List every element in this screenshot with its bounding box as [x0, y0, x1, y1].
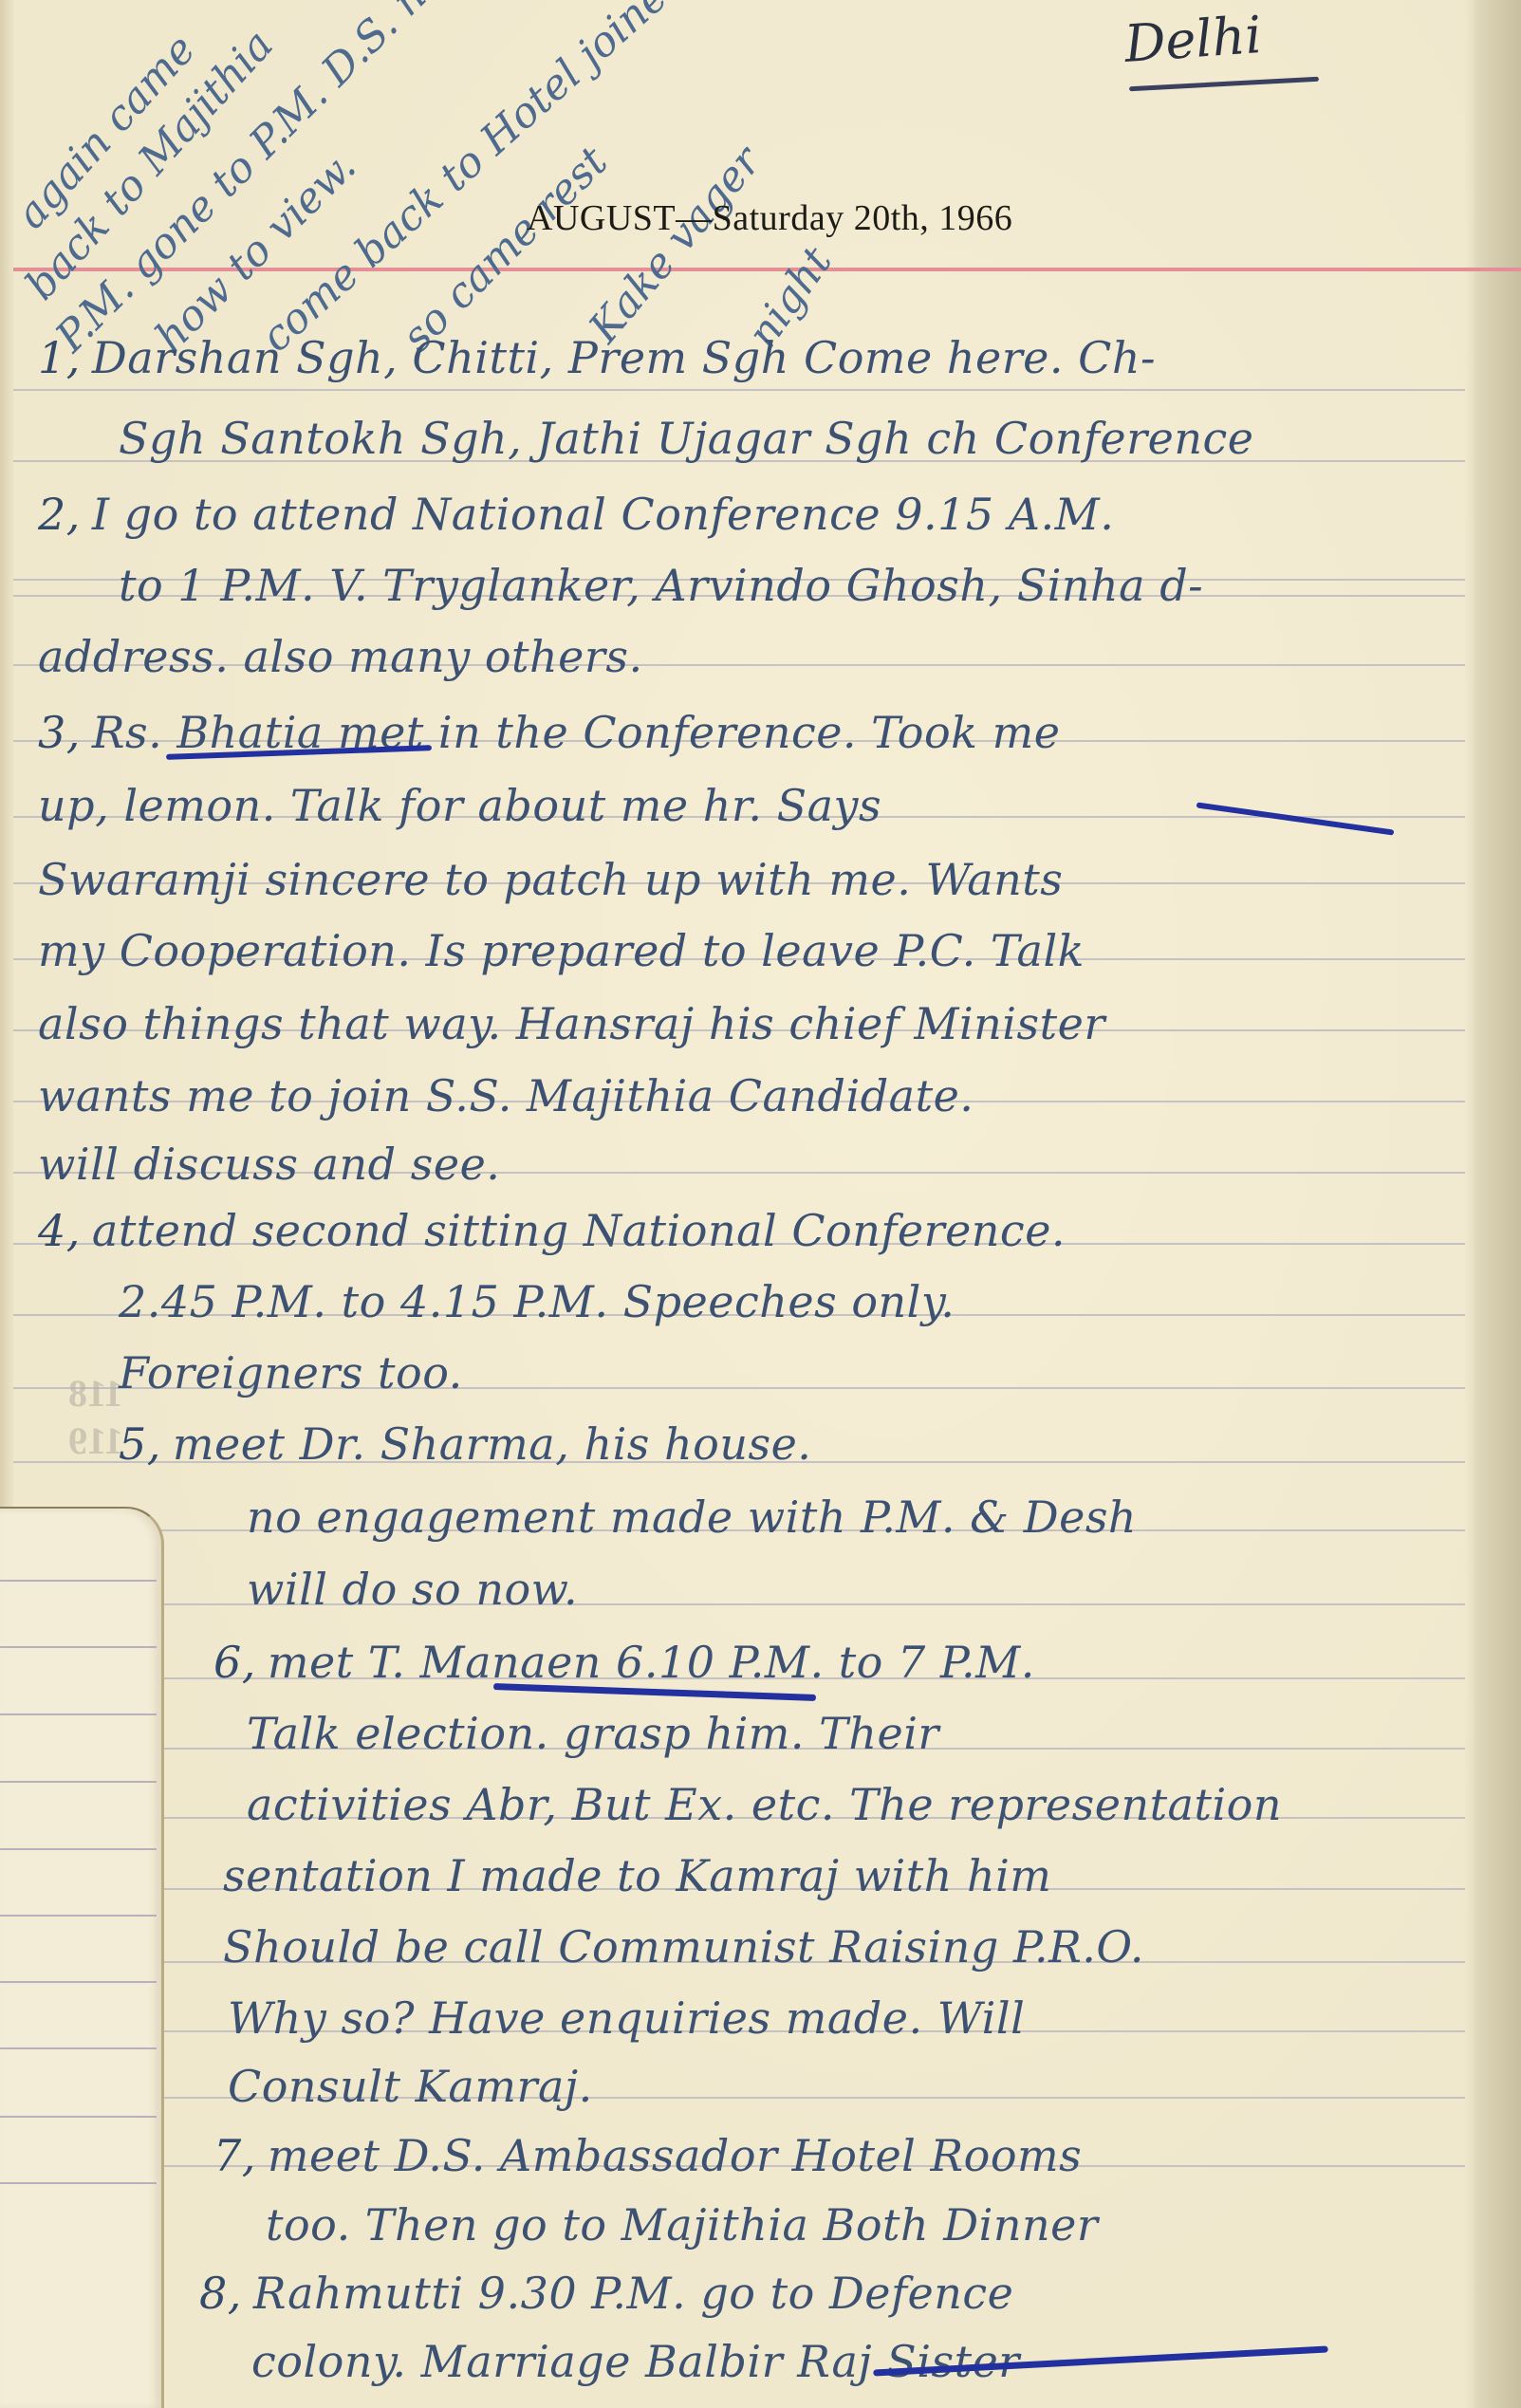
notch-ruling-line	[0, 1848, 157, 1850]
bleed-page-number: 119	[68, 1418, 123, 1463]
entry-3-line-7: will discuss and see.	[38, 1139, 500, 1190]
location-heading: Delhi	[1122, 5, 1264, 74]
notch-ruling-line	[0, 1981, 157, 1983]
entry-text: meet Dr. Sharma, his house.	[173, 1418, 812, 1470]
entry-5-line-1: 5,meet Dr. Sharma, his house.	[119, 1418, 811, 1470]
entry-number: 6,	[213, 1637, 256, 1688]
entry-3-line-3: Swaramji sincere to patch up with me. Wa…	[38, 854, 1063, 905]
entry-number: 2,	[38, 489, 81, 540]
entry-6-line-5: Should be call Communist Raising P.R.O.	[223, 1921, 1144, 1973]
notch-ruling-line	[0, 1713, 157, 1715]
notch-ruling-line	[0, 2047, 157, 2049]
entry-2-line-1: 2,I go to attend National Conference 9.1…	[38, 489, 1114, 540]
entry-1-line-1: 1,Darshan Sgh, Chitti, Prem Sgh Come her…	[38, 332, 1156, 383]
entry-text: meet D.S. Ambassador Hotel Rooms	[268, 2130, 1082, 2181]
entry-7-line-1: 7,meet D.S. Ambassador Hotel Rooms	[213, 2130, 1082, 2181]
entry-4-line-3: Foreigners too.	[119, 1347, 463, 1398]
entry-3-line-1: 3,Rs. Bhatia met in the Conference. Took…	[38, 707, 1061, 758]
entry-1-line-2: Sgh Santokh Sgh, Jathi Ujagar Sgh ch Con…	[119, 413, 1253, 464]
entry-number: 5,	[119, 1418, 161, 1470]
entry-number: 3,	[38, 707, 81, 758]
notch-ruling-line	[0, 1580, 157, 1582]
entry-number: 8,	[199, 2268, 242, 2319]
entry-6-line-6: Why so? Have enquiries made. Will	[228, 1992, 1025, 2044]
index-tab-notch	[0, 1507, 164, 2408]
entry-3-line-4: my Cooperation. Is prepared to leave P.C…	[38, 925, 1085, 976]
notch-ruling-line	[0, 2116, 157, 2118]
entry-2-line-2: to 1 P.M. V. Tryglanker, Arvindo Ghosh, …	[119, 560, 1203, 611]
entry-text: I go to attend National Conference 9.15 …	[92, 489, 1114, 540]
notch-ruling-line	[0, 1646, 157, 1648]
entry-4-line-1: 4,attend second sitting National Confere…	[38, 1205, 1066, 1256]
notch-ruling-line	[0, 2182, 157, 2184]
printed-date-header: AUGUST—Saturday 20th, 1966	[527, 197, 1012, 239]
entry-6-line-4: sentation I made to Kamraj with him	[223, 1850, 1051, 1901]
notch-ruling-line	[0, 1915, 157, 1917]
entry-6-line-2: Talk election. grasp him. Their	[247, 1708, 939, 1759]
entry-4-line-2: 2.45 P.M. to 4.15 P.M. Speeches only.	[119, 1276, 955, 1327]
entry-5-line-3: will do so now.	[247, 1564, 578, 1615]
entry-5-line-2: no engagement made with P.M. & Desh	[247, 1491, 1137, 1543]
entry-3-line-5: also things that way. Hansraj his chief …	[38, 998, 1105, 1049]
entry-number: 7,	[213, 2130, 256, 2181]
entry-6-line-1: 6,met T. Manaen 6.10 P.M. to 7 P.M.	[213, 1637, 1035, 1688]
entry-3-line-2: up, lemon. Talk for about me hr. Says	[38, 780, 881, 831]
entry-number: 4,	[38, 1205, 81, 1256]
entry-7-line-2: too. Then go to Majithia Both Dinner	[266, 2199, 1098, 2251]
bleed-page-number: 118	[68, 1371, 123, 1416]
entry-2-line-3: address. also many others.	[38, 631, 643, 682]
ruling-line	[13, 1603, 1465, 1605]
ruling-line	[13, 389, 1465, 391]
entry-3-line-6: wants me to join S.S. Majithia Candidate…	[38, 1070, 974, 1121]
entry-text: Rahmutti 9.30 P.M. go to Defence	[253, 2268, 1013, 2319]
entry-6-line-7: Consult Kamraj.	[228, 2061, 593, 2112]
entry-text: attend second sitting National Conferenc…	[92, 1205, 1066, 1256]
entry-number: 1,	[38, 332, 81, 383]
entry-text: Darshan Sgh, Chitti, Prem Sgh Come here.…	[92, 332, 1156, 383]
entry-text: met T. Manaen 6.10 P.M. to 7 P.M.	[268, 1637, 1035, 1688]
notch-ruling-line	[0, 1781, 157, 1783]
entry-text: Rs. Bhatia met in the Conference. Took m…	[92, 707, 1061, 758]
entry-8-line-2: colony. Marriage Balbir Raj Sister	[251, 2336, 1020, 2387]
binding-gutter	[1464, 0, 1521, 2408]
entry-6-line-3: activities Abr, But Ex. etc. The represe…	[247, 1779, 1282, 1830]
entry-8-line-1: 8,Rahmutti 9.30 P.M. go to Defence	[199, 2268, 1013, 2319]
